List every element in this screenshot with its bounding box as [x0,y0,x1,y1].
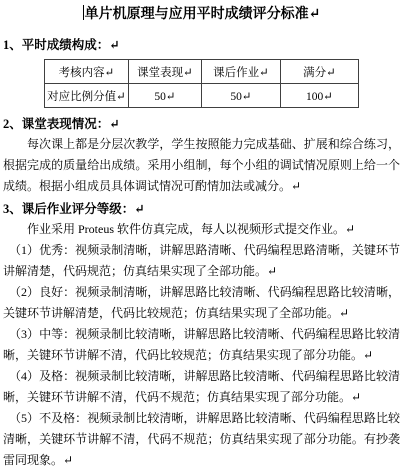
text-cursor-icon [83,5,84,20]
grade-item-fail: （5）不及格：视频录制比较清晰，讲解思路比较清晰、代码编程思路比较清晰，关键环节… [3,408,400,470]
table-header-row: 考核内容↵ 课堂表现↵ 课后作业↵ 满分↵ [45,60,359,84]
table-header-cell: 课后作业↵ [202,60,281,84]
table-cell: 100↵ [281,84,359,108]
grade-item-excellent: （1）优秀：视频录制清晰，讲解思路清晰、代码编程思路清晰，关键环节讲解清楚，代码… [3,240,400,282]
title-row: 单片机原理与应用平时成绩评分标准↵ [3,2,400,27]
grade-item-good: （2）良好：视频录制清晰，讲解思路比较清晰、代码编程思路比较清晰，关键环节讲解清… [3,282,400,324]
section2-heading: 2、课堂表现情况：↵ [3,114,400,134]
section3-heading: 3、课后作业评分等级：↵ [3,199,400,219]
score-composition-table: 考核内容↵ 课堂表现↵ 课后作业↵ 满分↵ 对应比例分值↵ 50↵ 50↵ 10… [44,59,359,108]
table-cell: 50↵ [129,84,202,108]
table-cell: 50↵ [202,84,281,108]
table-cell: 对应比例分值↵ [45,84,129,108]
grade-item-pass: （4）及格：视频录制比较清晰，讲解思路比较清晰、代码编程思路比较清晰，关键环节讲… [3,366,400,408]
table-value-row: 对应比例分值↵ 50↵ 50↵ 100↵ [45,84,359,108]
document-title: 单片机原理与应用平时成绩评分标准↵ [85,7,321,22]
section2-paragraph: 每次课上都是分层次教学，学生按照能力完成基础、扩展和综合练习，根据完成的质量给出… [3,134,400,197]
section1-heading: 1、平时成绩构成：↵ [3,35,400,55]
table-header-cell: 满分↵ [281,60,359,84]
grade-item-medium: （3）中等：视频录制比较清晰，讲解思路比较清晰、代码编程思路比较清晰，关键环节讲… [3,324,400,366]
document-page: 单片机原理与应用平时成绩评分标准↵ 1、平时成绩构成：↵ 考核内容↵ 课堂表现↵… [0,0,403,470]
table-header-cell: 考核内容↵ [45,60,129,84]
homework-intro: 作业采用 Proteus 软件仿真完成，每人以视频形式提交作业。↵ [3,219,400,240]
table-header-cell: 课堂表现↵ [129,60,202,84]
